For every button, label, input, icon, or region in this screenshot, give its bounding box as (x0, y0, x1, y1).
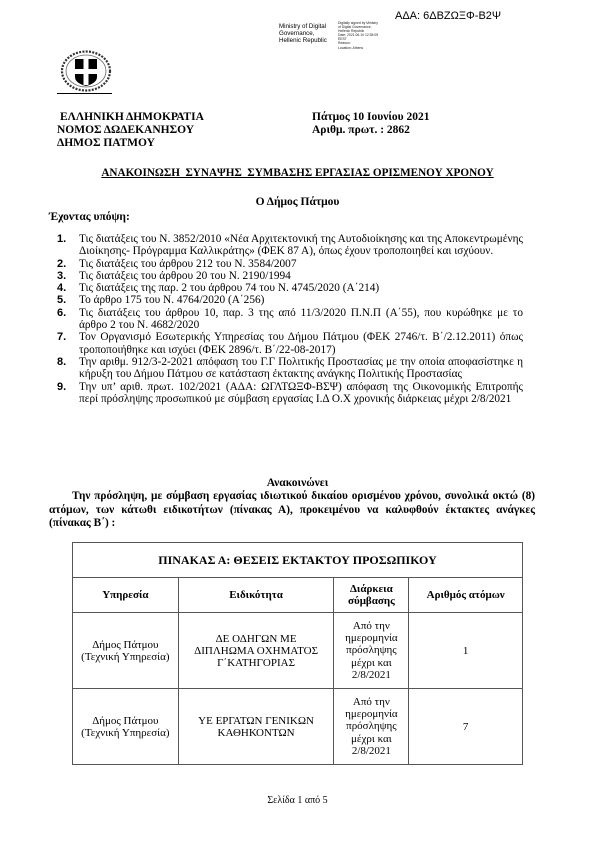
issuer-prefecture: ΝΟΜΟΣ ΔΩΔΕΚΑΝΗΣΟΥ (57, 124, 204, 137)
cell-count: 7 (409, 689, 523, 765)
cell-specialty: ΔΕ ΟΔΗΓΩΝ ΜΕ ΔΙΠΛΗΩΜΑ ΟΧΗΜΑΤΟΣ Γ΄ΚΑΤΗΓΟΡ… (178, 613, 334, 689)
item-text: Τις διατάξεις του άρθρου 10, παρ. 3 της … (79, 307, 523, 332)
item-number: 1. (57, 233, 79, 258)
item-text: Τις διατάξεις της παρ. 2 του άρθρου 74 τ… (79, 282, 523, 294)
date-protocol-block: Πάτμος 10 Ιουνίου 2021 Αριθμ. πρωτ. : 28… (312, 111, 430, 137)
consideration-item: 2.Τις διατάξεις του άρθρου 212 του Ν. 35… (57, 258, 523, 270)
signature-detail-line: Location: Athens (338, 46, 398, 50)
signer-line: Ministry of Digital (279, 23, 341, 30)
announces-heading: Ανακοινώνει (0, 477, 595, 489)
cell-duration: Από την ημερομηνία πρόσληψης μέχρι και 2… (334, 689, 409, 765)
item-text: Το άρθρο 175 του Ν. 4764/2020 (Α΄256) (79, 294, 523, 306)
item-number: 7. (57, 331, 79, 356)
page-number: Σελίδα 1 από 5 (0, 795, 595, 806)
signature-signer: Ministry of Digital Governance, Hellenic… (279, 23, 341, 44)
document-subtitle: Ο Δήμος Πάτμου (0, 196, 595, 208)
cell-count: 1 (409, 613, 523, 689)
item-text: Τις διατάξεις του άρθρου 20 του Ν. 2190/… (79, 270, 523, 282)
issuer-municipality: ΔΗΜΟΣ ΠΑΤΜΟΥ (57, 137, 204, 150)
table-row: Δήμος Πάτμου (Τεχνική Υπηρεσία) ΥΕ ΕΡΓΑΤ… (73, 689, 523, 765)
positions-table: ΠΙΝΑΚΑΣ Α: ΘΕΣΕΙΣ ΕΚΤΑΚΤΟΥ ΠΡΟΣΩΠΙΚΟΥ Υπ… (72, 542, 523, 765)
considerations-heading: Έχοντας υπόψη: (49, 211, 130, 223)
greek-coat-of-arms-icon (60, 50, 112, 92)
item-text: Τις διατάξεις του άρθρου 212 του Ν. 3584… (79, 258, 523, 270)
signer-line: Governance, (279, 30, 341, 37)
consideration-item: 5.Το άρθρο 175 του Ν. 4764/2020 (Α΄256) (57, 294, 523, 306)
consideration-item: 7.Τον Οργανισμό Εσωτερικής Υπηρεσίας του… (57, 331, 523, 356)
item-text: Την υπ’ αριθ. πρωτ. 102/2021 (ΑΔΑ: ΩΓΛΤΩ… (79, 381, 523, 406)
item-number: 2. (57, 258, 79, 270)
item-text: Τον Οργανισμό Εσωτερικής Υπηρεσίας του Δ… (79, 331, 523, 356)
cell-service: Δήμος Πάτμου (Τεχνική Υπηρεσία) (73, 689, 179, 765)
consideration-item: 9.Την υπ’ αριθ. πρωτ. 102/2021 (ΑΔΑ: ΩΓΛ… (57, 381, 523, 406)
item-number: 9. (57, 381, 79, 406)
item-text: Την αριθμ. 912/3-2-2021 απόφαση του Γ.Γ … (79, 356, 523, 381)
consideration-item: 1.Τις διατάξεις του Ν. 3852/2010 «Νέα Αρ… (57, 233, 523, 258)
item-number: 4. (57, 282, 79, 294)
considerations-list: 1.Τις διατάξεις του Ν. 3852/2010 «Νέα Αρ… (57, 233, 523, 405)
consideration-item: 6.Τις διατάξεις του άρθρου 10, παρ. 3 τη… (57, 307, 523, 332)
table-caption: ΠΙΝΑΚΑΣ Α: ΘΕΣΕΙΣ ΕΚΤΑΚΤΟΥ ΠΡΟΣΩΠΙΚΟΥ (73, 543, 523, 578)
emblem-underline (57, 93, 112, 94)
item-number: 3. (57, 270, 79, 282)
ada-code: ΑΔΑ: 6ΔΒΖΩΞΦ-Β2Ψ (395, 10, 501, 22)
issuer-country: ΕΛΛΗΝΙΚΗ ΔΗΜΟΚΡΑΤΙΑ (57, 111, 204, 124)
consideration-item: 3.Τις διατάξεις του άρθρου 20 του Ν. 219… (57, 270, 523, 282)
signature-details: Digitally signed by Ministry of Digital … (338, 21, 398, 50)
column-header-specialty: Ειδικότητα (178, 578, 334, 613)
cell-service: Δήμος Πάτμου (Τεχνική Υπηρεσία) (73, 613, 179, 689)
cell-specialty: ΥΕ ΕΡΓΑΤΩΝ ΓΕΝΙΚΩΝ ΚΑΘΗΚΟΝΤΩΝ (178, 689, 334, 765)
item-number: 8. (57, 356, 79, 381)
cell-duration: Από την ημερομηνία πρόσληψης μέχρι και 2… (334, 613, 409, 689)
item-number: 6. (57, 307, 79, 332)
column-header-service: Υπηρεσία (73, 578, 179, 613)
signer-line: Hellenic Republic (279, 37, 341, 44)
consideration-item: 8.Την αριθμ. 912/3-2-2021 απόφαση του Γ.… (57, 356, 523, 381)
consideration-item: 4.Τις διατάξεις της παρ. 2 του άρθρου 74… (57, 282, 523, 294)
document-date: Πάτμος 10 Ιουνίου 2021 (312, 111, 430, 124)
protocol-number: Αριθμ. πρωτ. : 2862 (312, 124, 430, 137)
column-header-duration: Διάρκεια σύμβασης (334, 578, 409, 613)
column-header-count: Αριθμός ατόμων (409, 578, 523, 613)
announcement-paragraph: Την πρόσληψη, με σύμβαση εργασίας ιδιωτι… (49, 490, 535, 531)
item-number: 5. (57, 294, 79, 306)
item-text: Τις διατάξεις του Ν. 3852/2010 «Νέα Αρχι… (79, 233, 523, 258)
issuer-block: ΕΛΛΗΝΙΚΗ ΔΗΜΟΚΡΑΤΙΑ ΝΟΜΟΣ ΔΩΔΕΚΑΝΗΣΟΥ ΔΗ… (57, 111, 204, 150)
document-title: ΑΝΑΚΟΙΝΩΣΗ ΣΥΝΑΨΗΣ ΣΥΜΒΑΣΗΣ ΕΡΓΑΣΙΑΣ ΟΡΙ… (0, 167, 595, 179)
table-row: Δήμος Πάτμου (Τεχνική Υπηρεσία) ΔΕ ΟΔΗΓΩ… (73, 613, 523, 689)
